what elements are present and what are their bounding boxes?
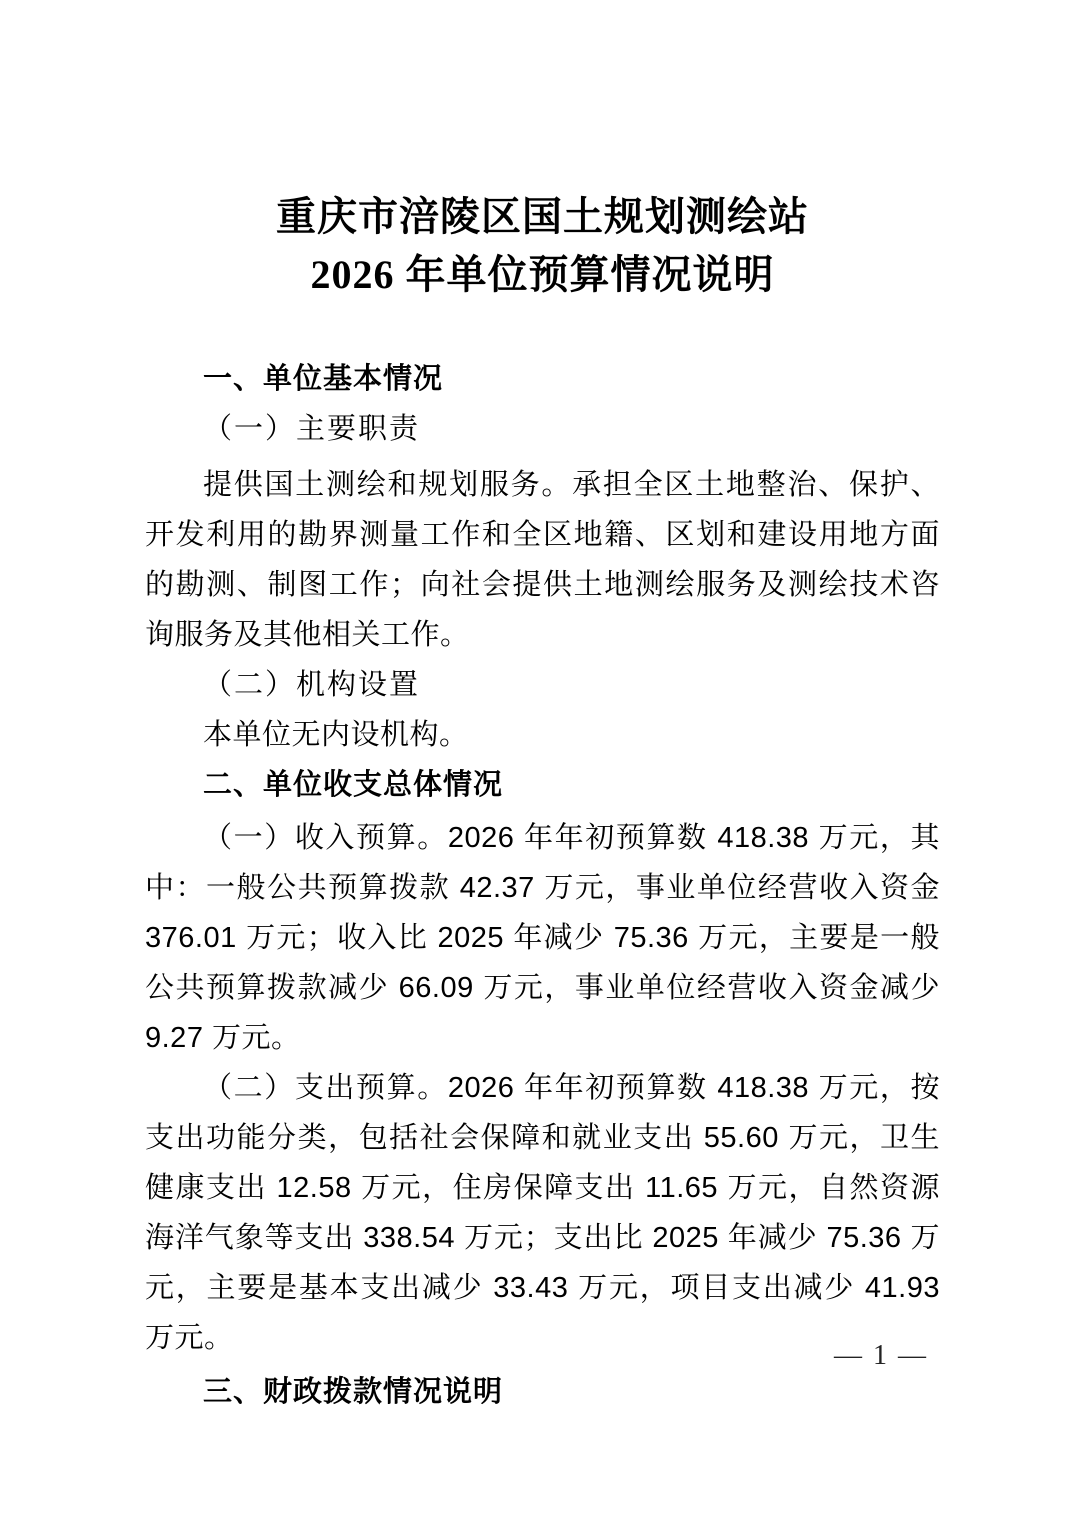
document-content: 重庆市涪陵区国土规划测绘站 2026 年单位预算情况说明 一、单位基本情况 （一… xyxy=(145,188,940,1417)
title-line-2: 2026 年单位预算情况说明 xyxy=(145,246,940,304)
page-number: — 1 — xyxy=(834,1338,928,1374)
section-2-paragraph-expenditure-budget: （二）支出预算。2026 年年初预算数 418.38 万元，按支出功能分类，包括… xyxy=(145,1063,940,1363)
document-page: 重庆市涪陵区国土规划测绘站 2026 年单位预算情况说明 一、单位基本情况 （一… xyxy=(0,0,1074,1520)
section-2-paragraph-revenue-budget: （一）收入预算。2026 年年初预算数 418.38 万元，其中：一般公共预算拨… xyxy=(145,813,940,1063)
section-1-sub-2-heading: （二）机构设置 xyxy=(145,660,940,710)
section-2-heading: 二、单位收支总体情况 xyxy=(145,760,940,810)
section-1-heading: 一、单位基本情况 xyxy=(145,354,940,404)
section-1-sub-1-paragraph: 提供国土测绘和规划服务。承担全区土地整治、保护、开发利用的勘界测量工作和全区地籍… xyxy=(145,460,940,660)
section-1-sub-2-paragraph: 本单位无内设机构。 xyxy=(145,710,940,760)
title-line-1: 重庆市涪陵区国土规划测绘站 xyxy=(145,188,940,246)
section-1-sub-1-heading: （一）主要职责 xyxy=(145,404,940,454)
section-3-heading: 三、财政拨款情况说明 xyxy=(145,1367,940,1417)
document-title: 重庆市涪陵区国土规划测绘站 2026 年单位预算情况说明 xyxy=(145,188,940,304)
